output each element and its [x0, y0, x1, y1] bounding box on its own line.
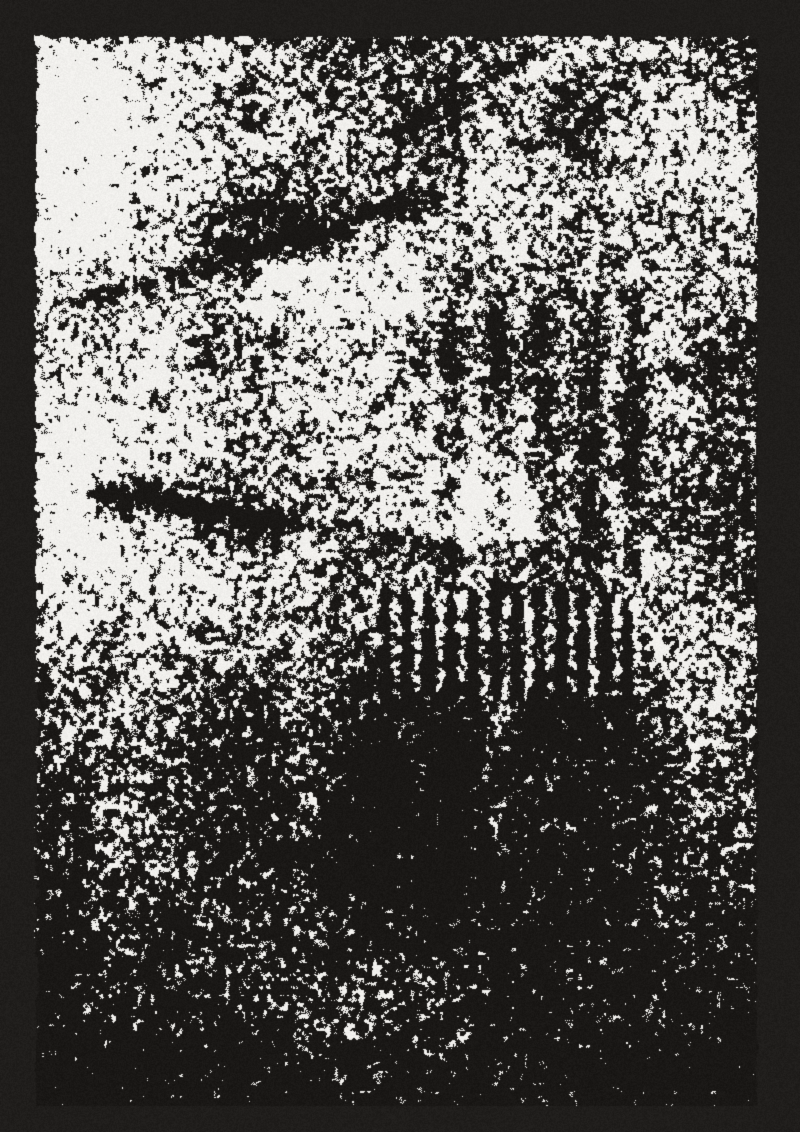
halftone-photo-canvas — [0, 0, 800, 1132]
photo-page — [0, 0, 800, 1132]
